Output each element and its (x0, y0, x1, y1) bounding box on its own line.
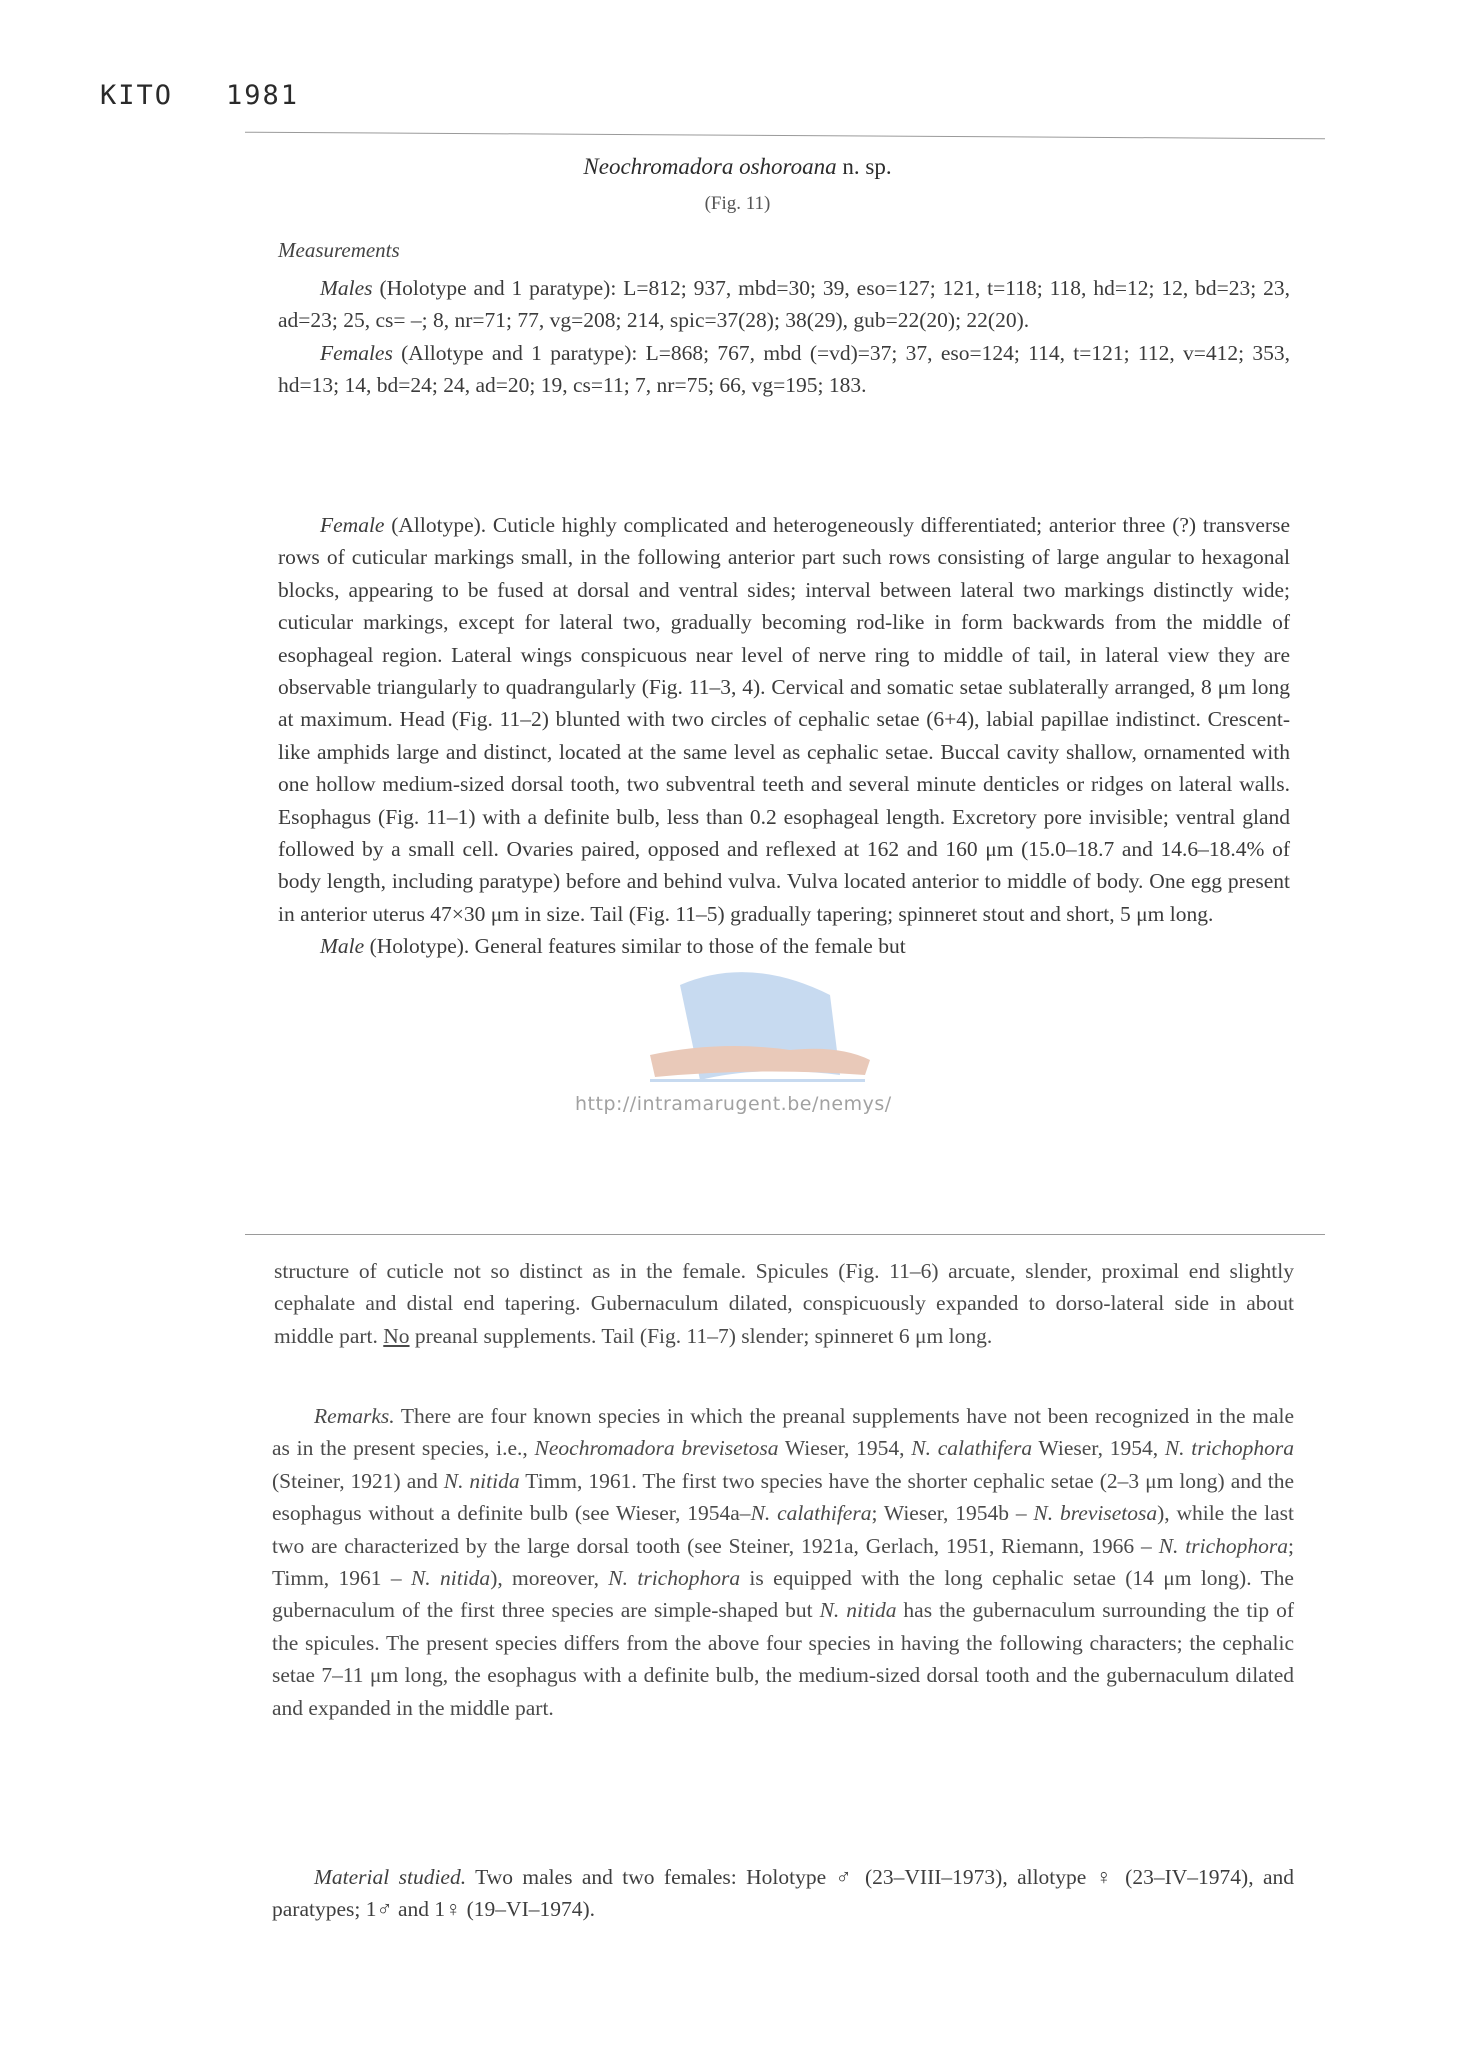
watermark-rust-shape (650, 1046, 870, 1077)
library-watermark-logo (640, 955, 870, 1105)
running-head: KITO1981 (100, 80, 299, 111)
taxon-name: N. nitida (444, 1469, 520, 1493)
males-label: Males (320, 276, 373, 300)
male-description-start: Male (Holotype). General features simila… (278, 930, 1290, 962)
female-label: Female (320, 513, 384, 537)
running-head-year: 1981 (226, 80, 299, 111)
female-description-block: Female (Allotype). Cuticle highly compli… (278, 509, 1290, 963)
male-text-part2: structure of cuticle not so distinct as … (274, 1255, 1294, 1352)
remarks-text: Wieser, 1954, (779, 1436, 912, 1460)
taxon-name: N. nitida (820, 1598, 897, 1622)
remarks-text: Wieser, 1954, (1032, 1436, 1165, 1460)
material-label: Material studied. (314, 1865, 466, 1889)
female-text: (Allotype). Cuticle highly complicated a… (278, 513, 1290, 926)
male-description-continued: structure of cuticle not so distinct as … (274, 1255, 1294, 1352)
material-studied-block: Material studied. Two males and two fema… (272, 1861, 1294, 1926)
females-label: Females (320, 341, 393, 365)
taxon-name: N. trichophora (608, 1566, 740, 1590)
male-text-part1: (Holotype). General features similar to … (370, 934, 906, 958)
remarks-block: Remarks. There are four known species in… (272, 1400, 1294, 1724)
taxon-name: N. calathifera (751, 1501, 872, 1525)
remarks-paragraph: Remarks. There are four known species in… (272, 1400, 1294, 1724)
measurements-block: Males (Holotype and 1 paratype): L=812; … (278, 272, 1290, 402)
male-text-part2-b: preanal supplements. Tail (Fig. 11–7) sl… (410, 1324, 993, 1348)
page-break-rule (245, 1234, 1325, 1235)
taxon-name: Neochromadora brevisetosa (535, 1436, 779, 1460)
taxon-name: N. trichophora (1165, 1436, 1294, 1460)
females-text: (Allotype and 1 paratype): L=868; 767, m… (278, 341, 1290, 397)
remarks-text: (Steiner, 1921) and (272, 1469, 444, 1493)
male-text-underlined: No (383, 1324, 409, 1348)
species-title: Neochromadora oshoroana n. sp. (0, 154, 1475, 180)
taxon-name: N. trichophora (1159, 1534, 1288, 1558)
running-head-author: KITO (100, 80, 226, 111)
males-measurements: Males (Holotype and 1 paratype): L=812; … (278, 272, 1290, 337)
watermark-url: http://intramarugent.be/nemys/ (575, 1093, 892, 1115)
remarks-label: Remarks. (314, 1404, 395, 1428)
watermark-underline (650, 1079, 865, 1082)
material-paragraph: Material studied. Two males and two fema… (272, 1861, 1294, 1926)
taxon-name: N. calathifera (911, 1436, 1032, 1460)
measurements-heading: Measurements (278, 238, 400, 263)
female-description: Female (Allotype). Cuticle highly compli… (278, 509, 1290, 930)
taxon-name: N. brevisetosa (1033, 1501, 1157, 1525)
males-text: (Holotype and 1 paratype): L=812; 937, m… (278, 276, 1290, 332)
species-suffix: n. sp. (842, 154, 891, 179)
watermark-blue-shape (680, 972, 840, 1080)
females-measurements: Females (Allotype and 1 paratype): L=868… (278, 337, 1290, 402)
remarks-text: ; Wieser, 1954b – (871, 1501, 1033, 1525)
figure-reference: (Fig. 11) (0, 193, 1475, 215)
header-rule (245, 132, 1325, 140)
species-name: Neochromadora oshoroana (583, 154, 836, 179)
male-label: Male (320, 934, 364, 958)
remarks-text: ), moreover, (490, 1566, 608, 1590)
taxon-name: N. nitida (411, 1566, 490, 1590)
